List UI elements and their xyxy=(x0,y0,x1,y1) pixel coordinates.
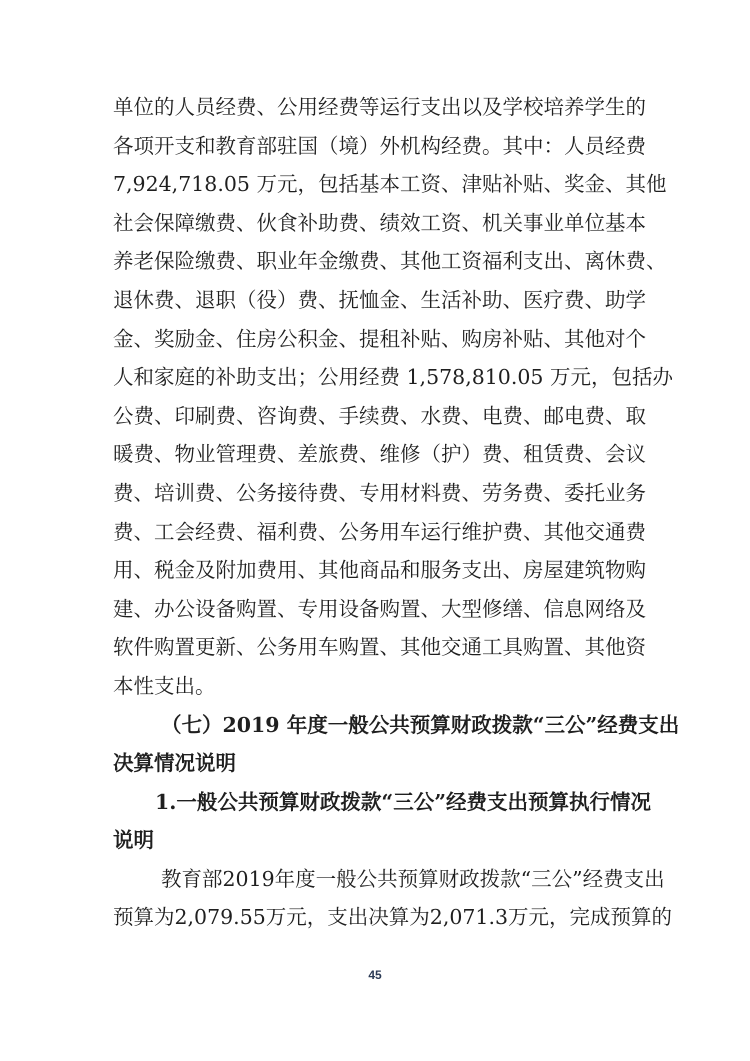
text-line: 养老保险缴费、职业年金缴费、其他工资福利支出、离休费、 xyxy=(113,242,637,281)
paragraph-expenditure-details: 单位的人员经费、公用经费等运行支出以及学校培养学生的 各项开支和教育部驻国（境）… xyxy=(113,88,637,706)
text-line: 暖费、物业管理费、差旅费、维修（护）费、租赁费、会议 xyxy=(113,435,637,474)
text-line: 教育部2019年度一般公共预算财政拨款“三公”经费支出 xyxy=(113,860,637,899)
text-line: 人和家庭的补助支出；公用经费 1,578,810.05 万元，包括办 xyxy=(113,358,637,397)
heading-line: （七）2019 年度一般公共预算财政拨款“三公”经费支出 xyxy=(113,706,637,745)
paragraph-budget-execution: 教育部2019年度一般公共预算财政拨款“三公”经费支出 预算为2,079.55万… xyxy=(113,860,637,937)
page-number: 45 xyxy=(0,968,750,982)
text-line: 费、培训费、公务接待费、专用材料费、劳务费、委托业务 xyxy=(113,474,637,513)
text-line: 社会保障缴费、伙食补助费、绩效工资、机关事业单位基本 xyxy=(113,204,637,243)
text-line: 预算为2,079.55万元，支出决算为2,071.3万元，完成预算的 xyxy=(113,898,637,937)
text-line: 本性支出。 xyxy=(113,667,637,706)
document-page: 单位的人员经费、公用经费等运行支出以及学校培养学生的 各项开支和教育部驻国（境）… xyxy=(113,88,637,937)
text-line: 金、奖励金、住房公积金、提租补贴、购房补贴、其他对个 xyxy=(113,320,637,359)
subsection-heading: 1.一般公共预算财政拨款“三公”经费支出预算执行情况 说明 xyxy=(113,783,637,860)
text-line: 7,924,718.05 万元，包括基本工资、津贴补贴、奖金、其他 xyxy=(113,165,637,204)
text-line: 软件购置更新、公务用车购置、其他交通工具购置、其他资 xyxy=(113,628,637,667)
text-line: 单位的人员经费、公用经费等运行支出以及学校培养学生的 xyxy=(113,88,637,127)
section-heading: （七）2019 年度一般公共预算财政拨款“三公”经费支出 决算情况说明 xyxy=(113,706,637,783)
heading-line: 决算情况说明 xyxy=(113,744,637,783)
text-line: 各项开支和教育部驻国（境）外机构经费。其中：人员经费 xyxy=(113,127,637,166)
text-line: 费、工会经费、福利费、公务用车运行维护费、其他交通费 xyxy=(113,513,637,552)
text-line: 用、税金及附加费用、其他商品和服务支出、房屋建筑物购 xyxy=(113,551,637,590)
text-line: 退休费、退职（役）费、抚恤金、生活补助、医疗费、助学 xyxy=(113,281,637,320)
heading-line: 说明 xyxy=(113,821,637,860)
heading-line: 1.一般公共预算财政拨款“三公”经费支出预算执行情况 xyxy=(113,783,637,822)
text-line: 公费、印刷费、咨询费、手续费、水费、电费、邮电费、取 xyxy=(113,397,637,436)
text-line: 建、办公设备购置、专用设备购置、大型修缮、信息网络及 xyxy=(113,590,637,629)
